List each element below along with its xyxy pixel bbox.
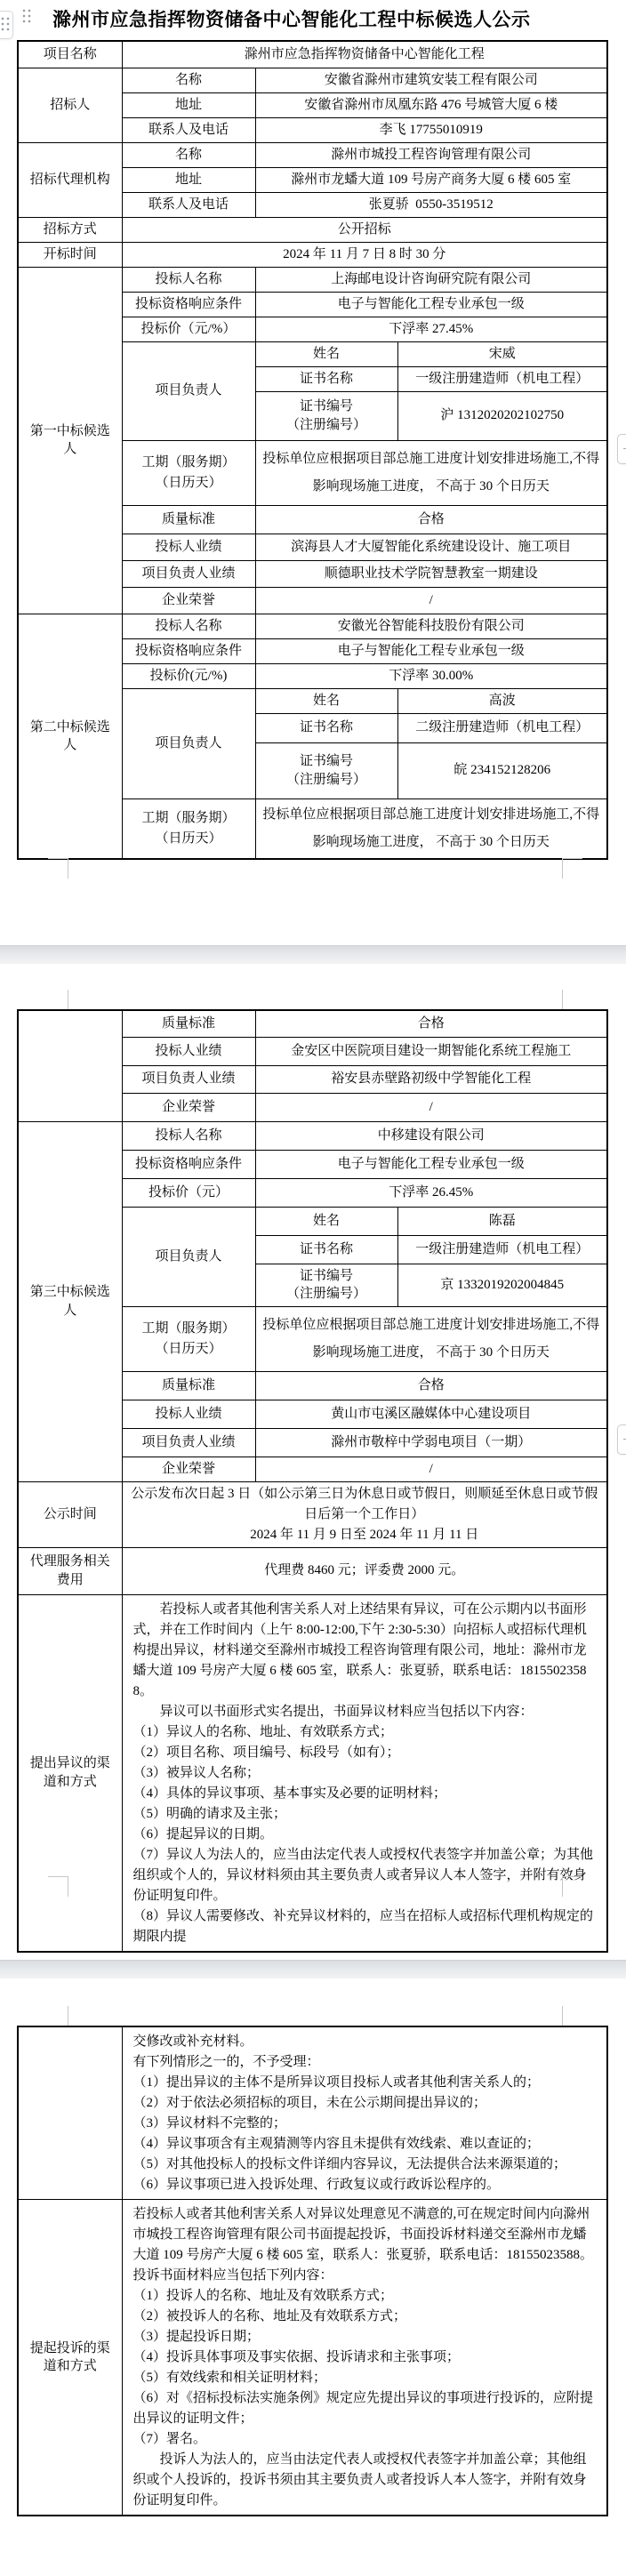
cell-value: 代理费 8460 元；评委费 2000 元。 bbox=[122, 1547, 607, 1594]
row-label: 代理服务相关费用 bbox=[18, 1547, 122, 1594]
row-label: 证书编号 （注册编号） bbox=[255, 391, 397, 440]
row-label: 联系人及电话 bbox=[122, 192, 255, 217]
row-label: 质量标准 bbox=[122, 1010, 255, 1037]
cell-value: 金安区中医院项目建设一期智能化系统工程施工 bbox=[255, 1037, 607, 1065]
row-label: 投标人名称 bbox=[122, 1121, 255, 1150]
cell-value: 顺德职业技术学院智慧教室一期建设 bbox=[255, 560, 607, 587]
cell-value: 安徽省滁州市凤凰东路 476 号城管大厦 6 楼 bbox=[255, 92, 607, 117]
row-label: 投标人业绩 bbox=[122, 1400, 255, 1428]
cell-value: 陈磊 bbox=[397, 1207, 607, 1235]
cell-value: 张夏骄 0550-3519512 bbox=[255, 192, 607, 217]
cell-value: 投标单位应根据项目部总施工进度计划安排进场施工,不得影响现场施工进度， 不高于 … bbox=[255, 798, 607, 859]
section-label-empty bbox=[18, 2026, 122, 2200]
row-label: 项目名称 bbox=[18, 41, 122, 68]
row-label: 投标人名称 bbox=[122, 267, 255, 292]
row-label: 公示时间 bbox=[18, 1481, 122, 1547]
row-label: 企业荣誉 bbox=[122, 587, 255, 614]
cell-value: 中移建设有限公司 bbox=[255, 1121, 607, 1150]
row-label: 联系人及电话 bbox=[122, 117, 255, 142]
row-label: 招标方式 bbox=[18, 217, 122, 242]
cell-value: 电子与智能化工程专业承包一级 bbox=[255, 1150, 607, 1178]
table-row: 第一中标候选人投标人名称上海邮电设计咨询研究院有限公司 bbox=[18, 267, 607, 292]
row-label: 证书名称 bbox=[255, 1235, 397, 1264]
cell-value: 滁州市敬梓中学弱电项目（一期） bbox=[255, 1428, 607, 1457]
row-label: 项目负责人 bbox=[122, 341, 255, 440]
cell-value: 安徽省滁州市建筑安装工程有限公司 bbox=[255, 68, 607, 92]
table-row: 代理服务相关费用代理费 8460 元；评委费 2000 元。 bbox=[18, 1547, 607, 1594]
section-label: 第二中标候选人 bbox=[18, 614, 122, 859]
row-label: 质量标准 bbox=[122, 505, 255, 534]
margin-mark-top-right bbox=[562, 2006, 582, 2026]
cell-value: 皖 234152128206 bbox=[397, 742, 607, 798]
row-label: 工期（服务期） （日历天） bbox=[122, 440, 255, 505]
drag-dots-icon bbox=[0, 16, 11, 32]
page-break bbox=[0, 945, 626, 965]
row-label: 投标人业绩 bbox=[122, 534, 255, 560]
cell-value: / bbox=[255, 587, 607, 614]
cell-value: 若投标人或者其他利害关系人对异议处理意见不满意的,可在规定时间内向滁州市城投工程… bbox=[122, 2200, 607, 2516]
row-label: 证书编号 （注册编号） bbox=[255, 1264, 397, 1306]
document-viewer: { "title": "滁州市应急指挥物资储备中心智能化工程中标候选人公示", … bbox=[0, 0, 626, 2576]
row-label: 姓名 bbox=[255, 688, 397, 713]
cell-value: / bbox=[255, 1457, 607, 1481]
cell-value: 上海邮电设计咨询研究院有限公司 bbox=[255, 267, 607, 292]
section-label: 第一中标候选人 bbox=[18, 267, 122, 614]
document-page-2: 质量标准合格投标人业绩金安区中医院项目建设一期智能化系统工程施工项目负责人业绩裕… bbox=[0, 964, 626, 1960]
page-title: 滁州市应急指挥物资储备中心智能化工程中标候选人公示 bbox=[52, 5, 586, 32]
row-label: 工期（服务期） （日历天） bbox=[122, 1306, 255, 1371]
row-label: 投标资格响应条件 bbox=[122, 292, 255, 317]
cell-value: 高波 bbox=[397, 688, 607, 713]
margin-mark-top-right bbox=[562, 990, 582, 1010]
margin-mark-bottom-right bbox=[562, 858, 582, 879]
table-row: 提出异议的渠道和方式 若投标人或者其他利害关系人对上述结果有异议，可在公示期内以… bbox=[18, 1594, 607, 1952]
section-label-empty bbox=[18, 1010, 122, 1121]
cell-value: 公示发布次日起 3 日（如公示第三日为休息日或节假日，则顺延至休息日或节假日后第… bbox=[122, 1481, 607, 1547]
document-page-1: 滁州市应急指挥物资储备中心智能化工程中标候选人公示 项目名称滁州市应急指挥物资储… bbox=[0, 0, 626, 945]
table-row: 质量标准合格 bbox=[18, 1010, 607, 1037]
bid-info-table-page2: 质量标准合格投标人业绩金安区中医院项目建设一期智能化系统工程施工项目负责人业绩裕… bbox=[17, 1009, 608, 1953]
row-label: 企业荣誉 bbox=[122, 1457, 255, 1481]
table-row: 项目名称滁州市应急指挥物资储备中心智能化工程 bbox=[18, 41, 607, 68]
drag-handle-button[interactable] bbox=[0, 11, 13, 39]
cell-value: 安徽光谷智能科技股份有限公司 bbox=[255, 614, 607, 638]
row-label: 姓名 bbox=[255, 341, 397, 366]
bid-info-table-page1: 项目名称滁州市应急指挥物资储备中心智能化工程招标人名称安徽省滁州市建筑安装工程有… bbox=[17, 40, 608, 860]
margin-mark-top-left bbox=[48, 2006, 68, 2026]
collapse-handle-button[interactable]: — bbox=[617, 434, 626, 464]
row-label: 项目负责人业绩 bbox=[122, 560, 255, 587]
section-label: 招标人 bbox=[18, 68, 122, 142]
collapse-handle-button[interactable]: — bbox=[617, 1424, 626, 1455]
margin-mark-top-left bbox=[48, 990, 68, 1010]
row-label: 投标价（元/%） bbox=[122, 317, 255, 341]
row-label: 证书名称 bbox=[255, 713, 397, 742]
cell-value: 沪 1312020202102750 bbox=[397, 391, 607, 440]
table-row: 公示时间公示发布次日起 3 日（如公示第三日为休息日或节假日，则顺延至休息日或节… bbox=[18, 1481, 607, 1547]
cell-value: 合格 bbox=[255, 1010, 607, 1037]
table-row: 第二中标候选人投标人名称安徽光谷智能科技股份有限公司 bbox=[18, 614, 607, 638]
cell-value: 李飞 17755010919 bbox=[255, 117, 607, 142]
cell-value: 公开招标 bbox=[122, 217, 607, 242]
cell-value: 一级注册建造师（机电工程） bbox=[397, 366, 607, 391]
cell-value: 京 1332019202004845 bbox=[397, 1264, 607, 1306]
cell-value: 下浮率 27.45% bbox=[255, 317, 607, 341]
row-label: 项目负责人 bbox=[122, 1207, 255, 1306]
cell-value: 滁州市应急指挥物资储备中心智能化工程 bbox=[122, 41, 607, 68]
cell-value: 一级注册建造师（机电工程） bbox=[397, 1235, 607, 1264]
row-label: 工期（服务期） （日历天） bbox=[122, 798, 255, 859]
row-label: 地址 bbox=[122, 92, 255, 117]
cell-value: 投标单位应根据项目部总施工进度计划安排进场施工,不得影响现场施工进度， 不高于 … bbox=[255, 440, 607, 505]
row-label: 投标资格响应条件 bbox=[122, 1150, 255, 1178]
page-break bbox=[0, 1960, 626, 1979]
paragraph-handle-icon[interactable] bbox=[21, 8, 32, 24]
section-label: 第三中标候选人 bbox=[18, 1121, 122, 1481]
cell-value: 合格 bbox=[255, 1371, 607, 1400]
row-label: 投标人名称 bbox=[122, 614, 255, 638]
row-label: 证书编号 （注册编号） bbox=[255, 742, 397, 798]
cell-value: 裕安县赤壁路初级中学智能化工程 bbox=[255, 1065, 607, 1093]
cell-value: 黄山市屯溪区融媒体中心建设项目 bbox=[255, 1400, 607, 1428]
row-label: 投标人业绩 bbox=[122, 1037, 255, 1065]
document-page-3: 交修改或补充材料。 有下列情形之一的，不予受理： （1）提出异议的主体不是所异议… bbox=[0, 1978, 626, 2576]
margin-mark-bottom-left bbox=[48, 1876, 68, 1897]
cell-value: 合格 bbox=[255, 505, 607, 534]
cell-value: 投标单位应根据项目部总施工进度计划安排进场施工,不得影响现场施工进度， 不高于 … bbox=[255, 1306, 607, 1371]
row-label: 投标资格响应条件 bbox=[122, 638, 255, 663]
row-label: 项目负责人业绩 bbox=[122, 1065, 255, 1093]
cell-value: 宋威 bbox=[397, 341, 607, 366]
cell-value: 滨海县人才大厦智能化系统建设设计、施工项目 bbox=[255, 534, 607, 560]
table-row: 招标代理机构名称滁州市城投工程咨询管理有限公司 bbox=[18, 142, 607, 167]
cell-value: 滁州市城投工程咨询管理有限公司 bbox=[255, 142, 607, 167]
cell-value: 若投标人或者其他利害关系人对上述结果有异议，可在公示期内以书面形式，并在工作时间… bbox=[122, 1594, 607, 1952]
row-label: 地址 bbox=[122, 167, 255, 192]
cell-value: 二级注册建造师（机电工程） bbox=[397, 713, 607, 742]
cell-value: 下浮率 26.45% bbox=[255, 1178, 607, 1207]
table-row: 招标方式公开招标 bbox=[18, 217, 607, 242]
table-row: 第三中标候选人投标人名称中移建设有限公司 bbox=[18, 1121, 607, 1150]
row-label: 证书名称 bbox=[255, 366, 397, 391]
table-row: 交修改或补充材料。 有下列情形之一的，不予受理： （1）提出异议的主体不是所异议… bbox=[18, 2026, 607, 2200]
row-label: 质量标准 bbox=[122, 1371, 255, 1400]
row-label: 名称 bbox=[122, 68, 255, 92]
cell-value: 2024 年 11 月 7 日 8 时 30 分 bbox=[122, 242, 607, 267]
row-label: 投标价(元/%) bbox=[122, 663, 255, 688]
cell-value: 电子与智能化工程专业承包一级 bbox=[255, 638, 607, 663]
table-row: 开标时间2024 年 11 月 7 日 8 时 30 分 bbox=[18, 242, 607, 267]
row-label: 开标时间 bbox=[18, 242, 122, 267]
bid-info-table-page3: 交修改或补充材料。 有下列情形之一的，不予受理： （1）提出异议的主体不是所异议… bbox=[17, 2026, 608, 2516]
section-label: 招标代理机构 bbox=[18, 142, 122, 217]
margin-mark-bottom-right bbox=[562, 1876, 582, 1897]
margin-mark-bottom-left bbox=[48, 858, 68, 879]
row-label: 企业荣誉 bbox=[122, 1093, 255, 1121]
cell-value: 电子与智能化工程专业承包一级 bbox=[255, 292, 607, 317]
section-label: 提出异议的渠道和方式 bbox=[18, 1594, 122, 1952]
cell-value: 交修改或补充材料。 有下列情形之一的，不予受理： （1）提出异议的主体不是所异议… bbox=[122, 2026, 607, 2200]
table-row: 提起投诉的渠道和方式若投标人或者其他利害关系人对异议处理意见不满意的,可在规定时… bbox=[18, 2200, 607, 2516]
row-label: 投标价（元） bbox=[122, 1178, 255, 1207]
row-label: 名称 bbox=[122, 142, 255, 167]
cell-value: 滁州市龙蟠大道 109 号房产商务大厦 6 楼 605 室 bbox=[255, 167, 607, 192]
section-label: 提起投诉的渠道和方式 bbox=[18, 2200, 122, 2516]
row-label: 项目负责人 bbox=[122, 688, 255, 798]
row-label: 姓名 bbox=[255, 1207, 397, 1235]
table-row: 招标人名称安徽省滁州市建筑安装工程有限公司 bbox=[18, 68, 607, 92]
row-label: 项目负责人业绩 bbox=[122, 1428, 255, 1457]
cell-value: / bbox=[255, 1093, 607, 1121]
cell-value: 下浮率 30.00% bbox=[255, 663, 607, 688]
